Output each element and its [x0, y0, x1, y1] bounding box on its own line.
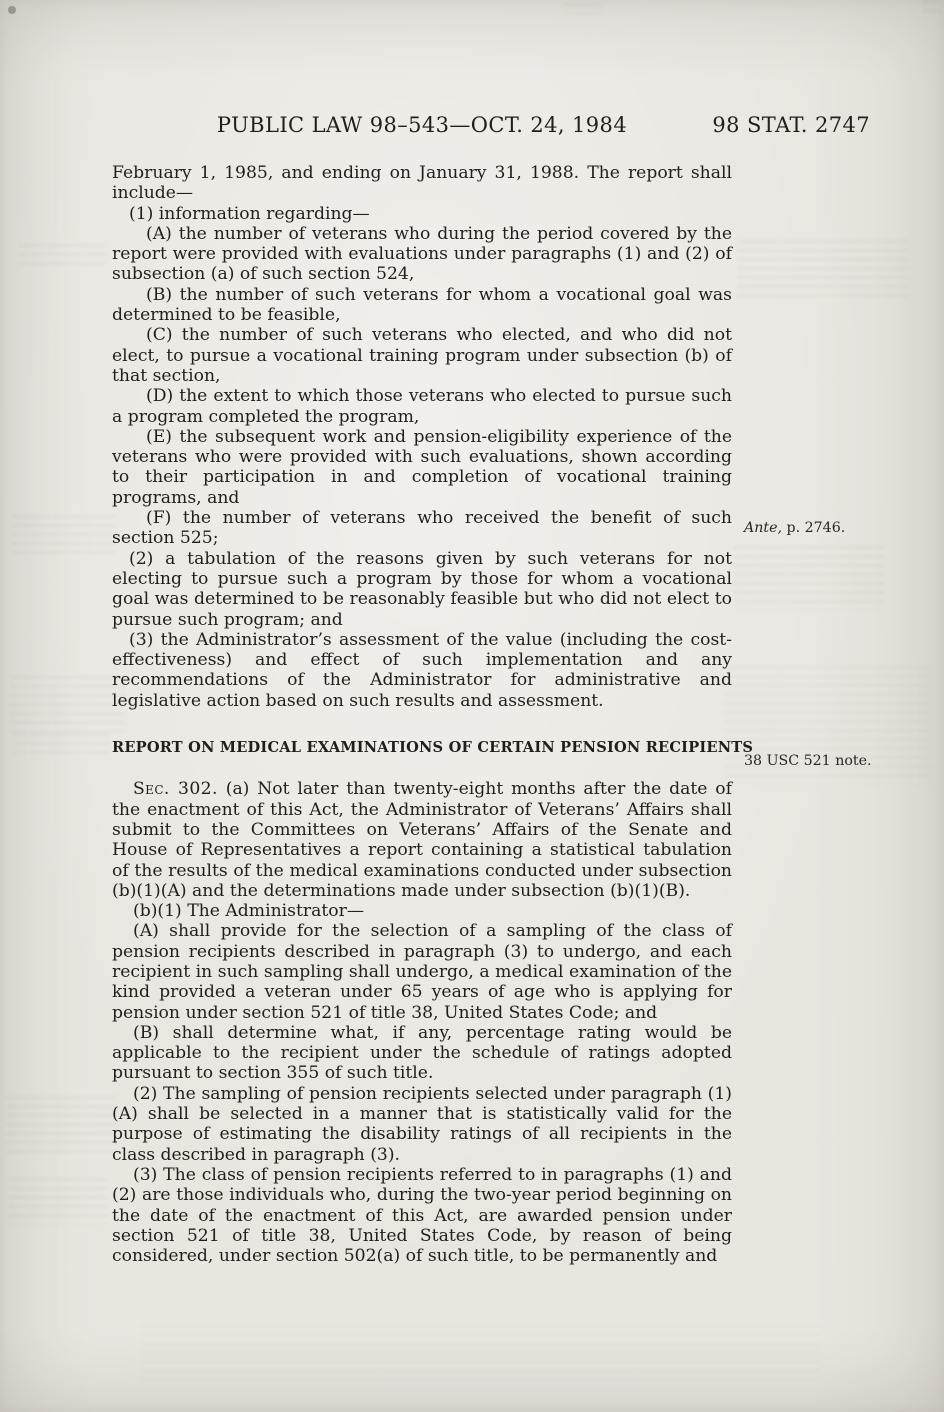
- bleed-through-artifact: [6, 1096, 118, 1154]
- bleed-through-artifact: [140, 1324, 820, 1380]
- bleed-through-artifact: [733, 546, 885, 610]
- scan-edge-mark: [922, 0, 942, 14]
- section-302-paragraph-b3: (3) The class of pension recipients refe…: [112, 1165, 732, 1266]
- statute-subparagraph-1D: (D) the extent to which those veterans w…: [112, 386, 732, 427]
- statute-page-scan: PUBLIC LAW 98–543—OCT. 24, 1984 98 STAT.…: [0, 0, 944, 1412]
- law-title: PUBLIC LAW 98–543—OCT. 24, 1984: [112, 112, 732, 138]
- section-302-paragraph-b1: (b)(1) The Administrator—: [112, 901, 732, 921]
- statute-subparagraph-1C: (C) the number of such veterans who elec…: [112, 325, 732, 386]
- scan-edge-mark: [564, 4, 604, 14]
- section-302-paragraph-a: Sec. 302. (a) Not later than twenty-eigh…: [112, 779, 732, 901]
- bleed-through-artifact: [18, 244, 106, 270]
- statute-subparagraph-1A: (A) the number of veterans who during th…: [112, 224, 732, 285]
- scan-speck: [8, 6, 16, 14]
- margin-note-ante-citation: Ante, p. 2746.: [744, 520, 909, 537]
- bleed-through-artifact: [737, 240, 909, 302]
- section-302-subparagraph-b1A: (A) shall provide for the selection of a…: [112, 921, 732, 1022]
- section-number-label: Sec. 302.: [133, 779, 218, 799]
- statute-paragraph-1: (1) information regarding—: [112, 204, 732, 224]
- bleed-through-artifact: [12, 515, 116, 557]
- statute-subparagraph-1E: (E) the subsequent work and pension-elig…: [112, 427, 732, 508]
- statute-paragraph-3: (3) the Administrator’s assessment of th…: [112, 630, 732, 711]
- margin-note-ante-italic: Ante,: [744, 520, 782, 536]
- statute-text-column: February 1, 1985, and ending on January …: [112, 163, 732, 1266]
- bleed-through-artifact: [10, 676, 126, 732]
- section-302-subparagraph-b1B: (B) shall determine what, if any, percen…: [112, 1023, 732, 1084]
- bleed-through-artifact: [8, 1178, 108, 1224]
- statute-page-number: 98 STAT. 2747: [712, 112, 870, 138]
- statute-subparagraph-1F: (F) the number of veterans who received …: [112, 508, 732, 549]
- section-302-paragraph-b2: (2) The sampling of pension recipients s…: [112, 1084, 732, 1165]
- statute-subparagraph-1B: (B) the number of such veterans for whom…: [112, 285, 732, 326]
- margin-note-usc-citation: 38 USC 521 note.: [744, 753, 909, 770]
- margin-note-ante-page: p. 2746.: [787, 520, 846, 536]
- section-heading: REPORT ON MEDICAL EXAMINATIONS OF CERTAI…: [112, 738, 732, 758]
- bleed-through-artifact: [14, 733, 110, 759]
- statute-paragraph-intro: February 1, 1985, and ending on January …: [112, 163, 732, 204]
- statute-paragraph-2: (2) a tabulation of the reasons given by…: [112, 549, 732, 630]
